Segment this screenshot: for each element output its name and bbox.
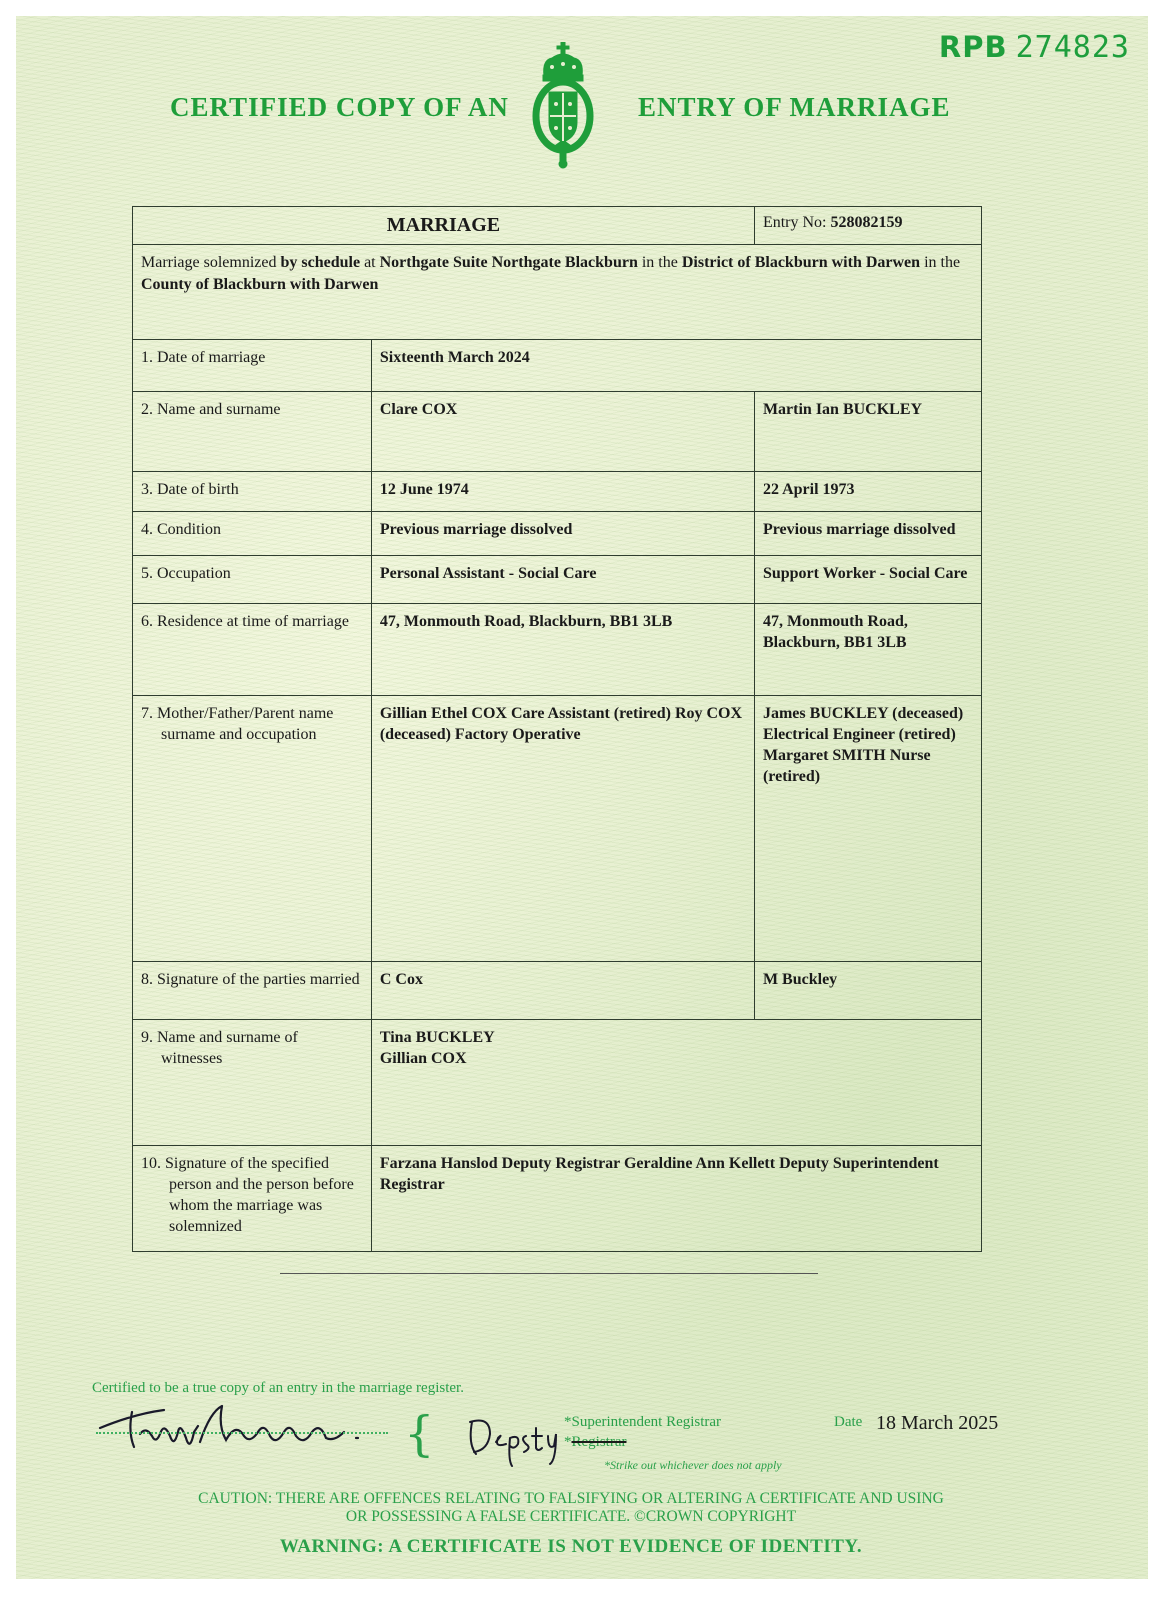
row-label-text: 10. Signature of the specified person an… (141, 1153, 363, 1237)
handwritten-deputy (464, 1408, 564, 1468)
table-header-row: MARRIAGE Entry No: 528082159 (133, 207, 982, 245)
row-label: 1. Date of marriage (133, 340, 372, 392)
row-label: 6. Residence at time of marriage (133, 604, 372, 696)
table-row: 8. Signature of the parties married C Co… (133, 962, 982, 1020)
row-label: 8. Signature of the parties married (133, 962, 372, 1020)
serial-digits: 274823 (1016, 30, 1130, 65)
table-row: 1. Date of marriage Sixteenth March 2024 (133, 340, 982, 392)
solemnized-text: in the (638, 254, 682, 271)
row-label: 10. Signature of the specified person an… (133, 1146, 372, 1252)
row-label-text: 7. Mother/Father/Parent name surname and… (141, 703, 363, 745)
party1-signature: C Cox (371, 962, 754, 1020)
brace-symbol: { (404, 1406, 435, 1462)
registrar-struck-text: Registrar (572, 1434, 627, 1450)
party2-residence: 47, Monmouth Road, Blackburn, BB1 3LB (754, 604, 981, 696)
row-label: 7. Mother/Father/Parent name surname and… (133, 696, 372, 962)
officiant-signatures: Farzana Hanslod Deputy Registrar Geraldi… (371, 1146, 981, 1252)
asterisk: * (564, 1434, 572, 1450)
row-label: 3. Date of birth (133, 472, 372, 512)
row-label: 5. Occupation (133, 556, 372, 604)
party1-occupation: Personal Assistant - Social Care (371, 556, 754, 604)
royal-coat-of-arms-icon (532, 42, 594, 170)
party1-parents: Gillian Ethel COX Care Assistant (retire… (371, 696, 754, 962)
date-label: Date (834, 1414, 862, 1431)
superintendent-registrar-option: *Superintendent Registrar (564, 1414, 721, 1431)
solemnized-method: by schedule (281, 254, 361, 271)
identity-warning: WARNING: A CERTIFICATE IS NOT EVIDENCE O… (156, 1536, 986, 1558)
table-row: 7. Mother/Father/Parent name surname and… (133, 696, 982, 962)
registrar-signature (94, 1392, 394, 1462)
row-label: 4. Condition (133, 512, 372, 556)
serial-prefix: RPB (939, 30, 1008, 64)
witness-1: Tina BUCKLEY (380, 1027, 973, 1048)
divider-line (280, 1273, 818, 1274)
signature-line (96, 1432, 388, 1434)
solemnized-statement: Marriage solemnized by schedule at North… (133, 245, 982, 340)
table-row: 5. Occupation Personal Assistant - Socia… (133, 556, 982, 604)
party2-signature: M Buckley (754, 962, 981, 1020)
party1-date-of-birth: 12 June 1974 (371, 472, 754, 512)
table-row: 9. Name and surname of witnesses Tina BU… (133, 1020, 982, 1146)
certificate-date: 18 March 2025 (876, 1412, 998, 1435)
solemnized-row: Marriage solemnized by schedule at North… (133, 245, 982, 340)
party2-occupation: Support Worker - Social Care (754, 556, 981, 604)
solemnized-district: District of Blackburn with Darwen (682, 254, 920, 271)
table-title: MARRIAGE (133, 207, 755, 245)
row-label-text: 8. Signature of the parties married (141, 969, 363, 990)
row-label: 9. Name and surname of witnesses (133, 1020, 372, 1146)
serial-number: RPB274823 (939, 30, 1130, 65)
party1-condition: Previous marriage dissolved (371, 512, 754, 556)
certificate-title-left: CERTIFIED COPY OF AN (170, 92, 509, 123)
row-label: 2. Name and surname (133, 392, 372, 472)
row-label-text: 9. Name and surname of witnesses (141, 1027, 363, 1069)
caution-line-1: CAUTION: THERE ARE OFFENCES RELATING TO … (156, 1490, 986, 1508)
strike-out-note: *Strike out whichever does not apply (604, 1458, 782, 1473)
table-row: 4. Condition Previous marriage dissolved… (133, 512, 982, 556)
certificate-title-right: ENTRY OF MARRIAGE (638, 92, 951, 123)
entry-number-cell: Entry No: 528082159 (754, 207, 981, 245)
marriage-entry-table: MARRIAGE Entry No: 528082159 Marriage so… (132, 206, 982, 1252)
witnesses: Tina BUCKLEY Gillian COX (371, 1020, 981, 1146)
table-row: 10. Signature of the specified person an… (133, 1146, 982, 1252)
solemnized-text: Marriage solemnized (141, 254, 281, 271)
solemnized-text: in the (920, 254, 960, 271)
registrar-option-struck: *Registrar (564, 1434, 626, 1451)
row-label-text: 6. Residence at time of marriage (141, 611, 363, 632)
solemnized-text: at (360, 254, 380, 271)
party1-residence: 47, Monmouth Road, Blackburn, BB1 3LB (371, 604, 754, 696)
solemnized-county: County of Blackburn with Darwen (141, 276, 378, 293)
date-of-marriage: Sixteenth March 2024 (371, 340, 981, 392)
table-row: 3. Date of birth 12 June 1974 22 April 1… (133, 472, 982, 512)
caution-line-2: OR POSSESSING A FALSE CERTIFICATE. ©CROW… (156, 1508, 986, 1526)
certificate-paper: RPB274823 CERTIFIED COPY OF AN ENTRY OF … (16, 16, 1148, 1579)
entry-number: 528082159 (831, 214, 903, 231)
table-row: 2. Name and surname Clare COX Martin Ian… (133, 392, 982, 472)
witness-2: Gillian COX (380, 1048, 973, 1069)
entry-number-label: Entry No: (763, 214, 827, 231)
caution-notice: CAUTION: THERE ARE OFFENCES RELATING TO … (156, 1490, 986, 1526)
party2-condition: Previous marriage dissolved (754, 512, 981, 556)
party2-parents: James BUCKLEY (deceased) Electrical Engi… (754, 696, 981, 962)
table-row: 6. Residence at time of marriage 47, Mon… (133, 604, 982, 696)
party2-name: Martin Ian BUCKLEY (754, 392, 981, 472)
party1-name: Clare COX (371, 392, 754, 472)
solemnized-venue: Northgate Suite Northgate Blackburn (380, 254, 638, 271)
party2-date-of-birth: 22 April 1973 (754, 472, 981, 512)
